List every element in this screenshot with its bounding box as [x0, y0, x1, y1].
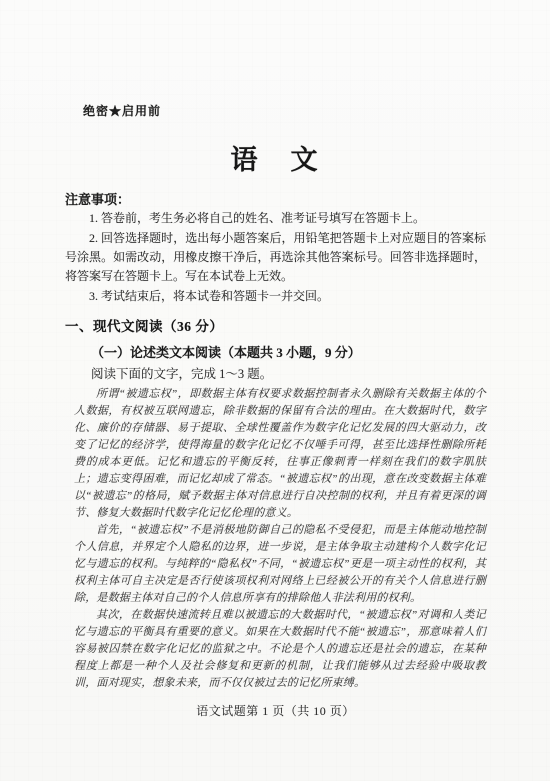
page-footer: 语文试题第 1 页（共 10 页）	[65, 702, 486, 719]
passage-paragraph-2: 首先，“被遗忘权”不是消极地防御自己的隐私不受侵犯，而是主体能动地控制个人信息，…	[74, 522, 486, 607]
notice-item-2: 2. 回答选择题时，选出每小题答案后，用铅笔把答题卡上对应题目的答案标号涂黑。如…	[65, 229, 486, 286]
passage-intro: 阅读下面的文字，完成 1～3 题。	[65, 365, 486, 384]
passage-paragraph-3: 其次，在数据快速流转且难以被遗忘的大数据时代，“被遗忘权”对调和人类记忆与遗忘的…	[74, 607, 486, 692]
notice-heading: 注意事项：	[65, 189, 486, 208]
reading-passage: 所谓“被遗忘权”，即数据主体有权要求数据控制者永久删除有关数据主体的个人数据，有…	[74, 386, 486, 692]
classification-label: 绝密★启用前	[83, 102, 486, 119]
subsection-heading-argumentative-text: （一）论述类文本阅读（本题共 3 小题，9 分）	[65, 344, 486, 362]
notice-item-3: 3. 考试结束后，将本试卷和答题卡一并交回。	[65, 287, 486, 306]
section-heading-modern-text-reading: 一、现代文阅读（36 分）	[65, 318, 486, 336]
notice-item-1: 1. 答卷前，考生务必将自己的姓名、准考证号填写在答题卡上。	[65, 209, 486, 228]
paper-title: 语 文	[65, 144, 486, 176]
passage-paragraph-1: 所谓“被遗忘权”，即数据主体有权要求数据控制者永久删除有关数据主体的个人数据，有…	[74, 386, 486, 522]
exam-paper-page: 绝密★启用前 语 文 注意事项： 1. 答卷前，考生务必将自己的姓名、准考证号填…	[0, 0, 550, 781]
